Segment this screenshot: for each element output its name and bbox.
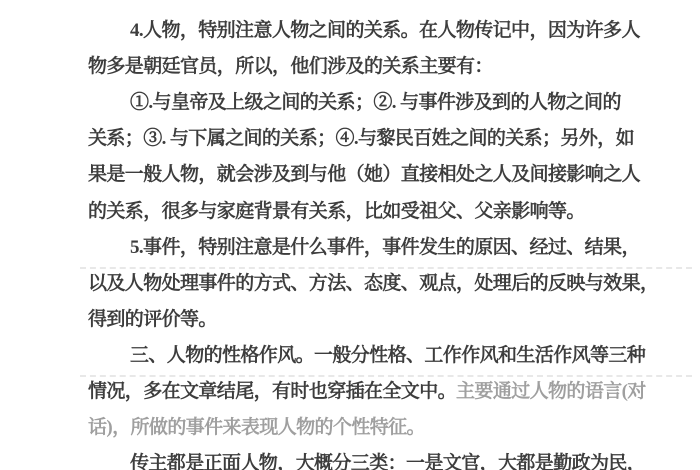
text-segment: 主要通过人物的语言(对 bbox=[456, 381, 646, 402]
text-line: 的关系，很多与家庭背景有关系，比如受祖父、父亲影响等。 bbox=[88, 200, 585, 224]
text-segment: 4.人物，特别注意人物之间的关系。在人物传记中，因为许多人 bbox=[130, 20, 640, 41]
text-line: 传主都是正面人物，大概分三类：一是文官，大都是勤政为民， bbox=[130, 452, 645, 470]
text-line: 5.事件，特别注意是什么事件，事件发生的原因、经过、结果， bbox=[130, 236, 640, 260]
text-segment: 三、人物的性格作风。一般分性格、工作作风和生活作风等三种 bbox=[130, 345, 645, 366]
text-line: 以及人物处理事件的方式、方法、态度、观点，处理后的反映与效果， bbox=[88, 272, 658, 296]
text-segment: 物多是朝廷官员，所以，他们涉及的关系主要有： bbox=[88, 56, 493, 77]
text-segment: 话)，所做的事件来表现人物的个性特征。 bbox=[88, 417, 425, 438]
text-segment: 传主都是正面人物，大概分三类：一是文官，大都是勤政为民， bbox=[130, 453, 645, 470]
text-segment: 得到的评价等。 bbox=[88, 309, 217, 330]
text-line: 关系；③. 与下属之间的关系；④.与黎民百姓之间的关系；另外，如 bbox=[88, 127, 634, 151]
text-line: ①.与皇帝及上级之间的关系；②. 与事件涉及到的人物之间的 bbox=[130, 91, 621, 115]
text-line: 得到的评价等。 bbox=[88, 308, 217, 332]
text-segment: 关系；③. 与下属之间的关系；④.与黎民百姓之间的关系；另外，如 bbox=[88, 128, 634, 149]
text-segment: 以及人物处理事件的方式、方法、态度、观点，处理后的反映与效果， bbox=[88, 273, 658, 294]
text-segment: 的关系，很多与家庭背景有关系，比如受祖父、父亲影响等。 bbox=[88, 201, 585, 222]
text-segment: 情况，多在文章结尾，有时也穿插在全文中。 bbox=[88, 381, 456, 402]
text-line: 果是一般人物，就会涉及到与他（她）直接相处之人及间接影响之人 bbox=[88, 163, 640, 187]
text-segment: 果是一般人物，就会涉及到与他（她）直接相处之人及间接影响之人 bbox=[88, 164, 640, 185]
scan-artifact-line bbox=[80, 375, 692, 377]
text-segment: 5.事件，特别注意是什么事件，事件发生的原因、经过、结果， bbox=[130, 237, 640, 258]
scan-artifact-line bbox=[80, 267, 692, 269]
text-line: 4.人物，特别注意人物之间的关系。在人物传记中，因为许多人 bbox=[130, 19, 640, 43]
text-line: 情况，多在文章结尾，有时也穿插在全文中。主要通过人物的语言(对 bbox=[88, 380, 646, 404]
text-line: 三、人物的性格作风。一般分性格、工作作风和生活作风等三种 bbox=[130, 344, 645, 368]
text-line: 话)，所做的事件来表现人物的个性特征。 bbox=[88, 416, 425, 440]
text-segment: ①.与皇帝及上级之间的关系；②. 与事件涉及到的人物之间的 bbox=[130, 92, 621, 113]
text-line: 物多是朝廷官员，所以，他们涉及的关系主要有： bbox=[88, 55, 493, 79]
document-page: 4.人物，特别注意人物之间的关系。在人物传记中，因为许多人物多是朝廷官员，所以，… bbox=[0, 0, 700, 470]
